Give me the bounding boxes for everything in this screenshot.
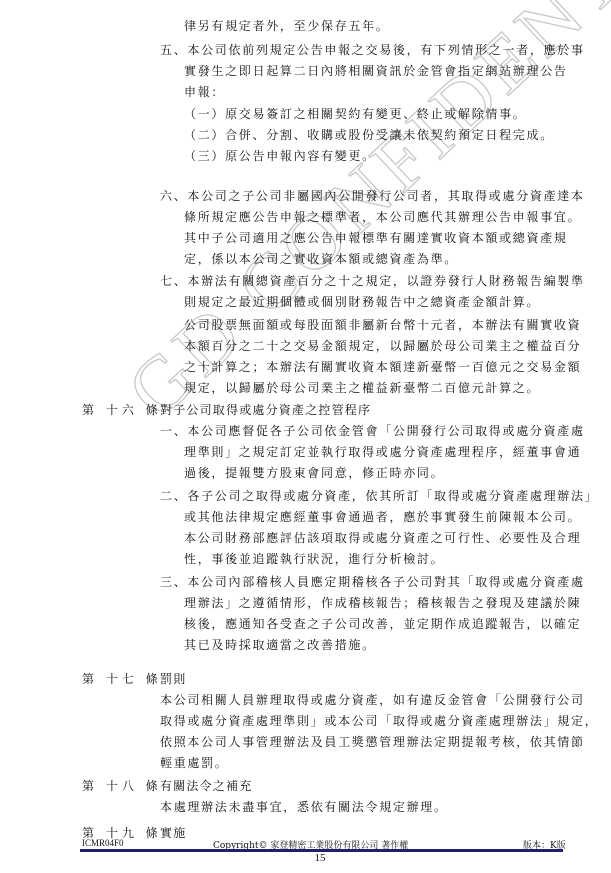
text-line: 一、本公司應督促各子公司依金管會「公開發行公司取得或處分資產處 bbox=[160, 424, 585, 438]
text-line: 實發生之即日起算二日內將相關資訊於金管會指定網站辦理公告 bbox=[184, 64, 568, 78]
text-line: 取得或處分資產處理準則」或本公司「取得或處分資產處理辦法」規定， bbox=[160, 714, 598, 728]
text-line: 五、本公司依前列規定公告申報之交易後，有下列情形之一者，應於事 bbox=[160, 43, 585, 57]
article-number: 第 十六 條 bbox=[82, 403, 162, 417]
text-line: 或其他法律規定應經董事會通過者，應於事實發生前陳報本公司。 bbox=[184, 510, 581, 524]
text-line: 七、本辦法有關總資產百分之十之規定，以證券發行人財務報告編製準 bbox=[160, 274, 585, 288]
text-line: 核後，應通知各受查之子公司改善，並定期作成追蹤報告，以確定 bbox=[184, 617, 581, 631]
text-line: 本公司財務部應評估該項取得或處分資產之可行性、必要性及合理 bbox=[184, 531, 581, 545]
article-title: 對子公司取得或處分資產之控管程序 bbox=[160, 403, 371, 417]
article-number: 第 十七 條 bbox=[82, 672, 162, 686]
text-line: 理辦法」之遵循情形，作成稽核報告；稽核報告之發現及建議於陳 bbox=[184, 596, 581, 610]
text-line: 本額百分之二十之交易金額規定，以歸屬於母公司業主之權益百分 bbox=[184, 339, 581, 353]
text-line: 定，係以本公司之實收資本額或總資產為準。 bbox=[184, 252, 458, 266]
text-line: 依照本公司人事管理辦法及員工獎懲管理辦法定期提報考核，依其情節 bbox=[160, 735, 585, 749]
article-title: 罰則 bbox=[160, 672, 186, 686]
document-page: GD CONFIDENTIAL 律另有規定者外，至少保存五年。 五、本公司依前列… bbox=[0, 0, 611, 873]
text-line: （三）原公告申報內容有變更。 bbox=[184, 149, 376, 163]
text-line: 申報： bbox=[184, 85, 225, 99]
text-line: 理準則」之規定訂定並執行取得或處分資產處理程序，經董事會通 bbox=[184, 445, 581, 459]
text-line: 公司股票無面額或每股面額非屬新台幣十元者，本辦法有關實收資 bbox=[184, 318, 581, 332]
text-line: 其中子公司適用之應公告申報標準有關達實收資本額或總資產規 bbox=[184, 231, 568, 245]
text-line: 三、本公司內部稽核人員應定期稽核各子公司對其「取得或處分資產處 bbox=[160, 575, 585, 589]
text-line: 則規定之最近期個體或個別財務報告中之總資產金額計算。 bbox=[184, 295, 540, 309]
text-line: 本處理辦法未盡事宜，悉依有關法令規定辦理。 bbox=[160, 800, 448, 814]
text-line: 之十計算之；本辦法有關實收資本額達新臺幣一百億元之交易金額 bbox=[184, 360, 581, 374]
text-line: 條所規定應公告申報之標準者，本公司應代其辦理公告申報事宜。 bbox=[184, 210, 581, 224]
text-line: 本公司相關人員辦理取得或處分資產，如有違反金管會「公開發行公司 bbox=[160, 693, 585, 707]
text-line: 過後，提報雙方股東會同意，修正時亦同。 bbox=[184, 466, 444, 480]
text-line: 律另有規定者外，至少保存五年。 bbox=[184, 19, 390, 33]
text-line: 輕重處罰。 bbox=[160, 756, 229, 770]
text-line: （一）原交易簽訂之相關契約有變更、終止或解除情事。 bbox=[184, 107, 527, 121]
text-line: 其已及時採取適當之改善措施。 bbox=[184, 638, 376, 652]
article-title: 實施 bbox=[160, 826, 186, 840]
page-number: 15 bbox=[0, 852, 611, 864]
text-line: 二、各子公司之取得或處分資產，依其所訂「取得或處分資產處理辦法」 bbox=[160, 489, 598, 503]
article-number: 第 十八 條 bbox=[82, 779, 162, 793]
text-line: 六、本公司之子公司非屬國內公開發行公司者，其取得或處分資產達本 bbox=[160, 189, 585, 203]
text-line: 性，事後並追蹤執行狀況，進行分析檢討。 bbox=[184, 552, 444, 566]
document-code: ICMR04F0 bbox=[82, 838, 124, 848]
article-title: 有關法令之補充 bbox=[160, 779, 252, 793]
text-line: （二）合併、分割、收購或股份受讓未依契約預定日程完成。 bbox=[184, 128, 554, 142]
text-line: 規定，以歸屬於母公司業主之權益新臺幣二百億元計算之。 bbox=[184, 381, 540, 395]
